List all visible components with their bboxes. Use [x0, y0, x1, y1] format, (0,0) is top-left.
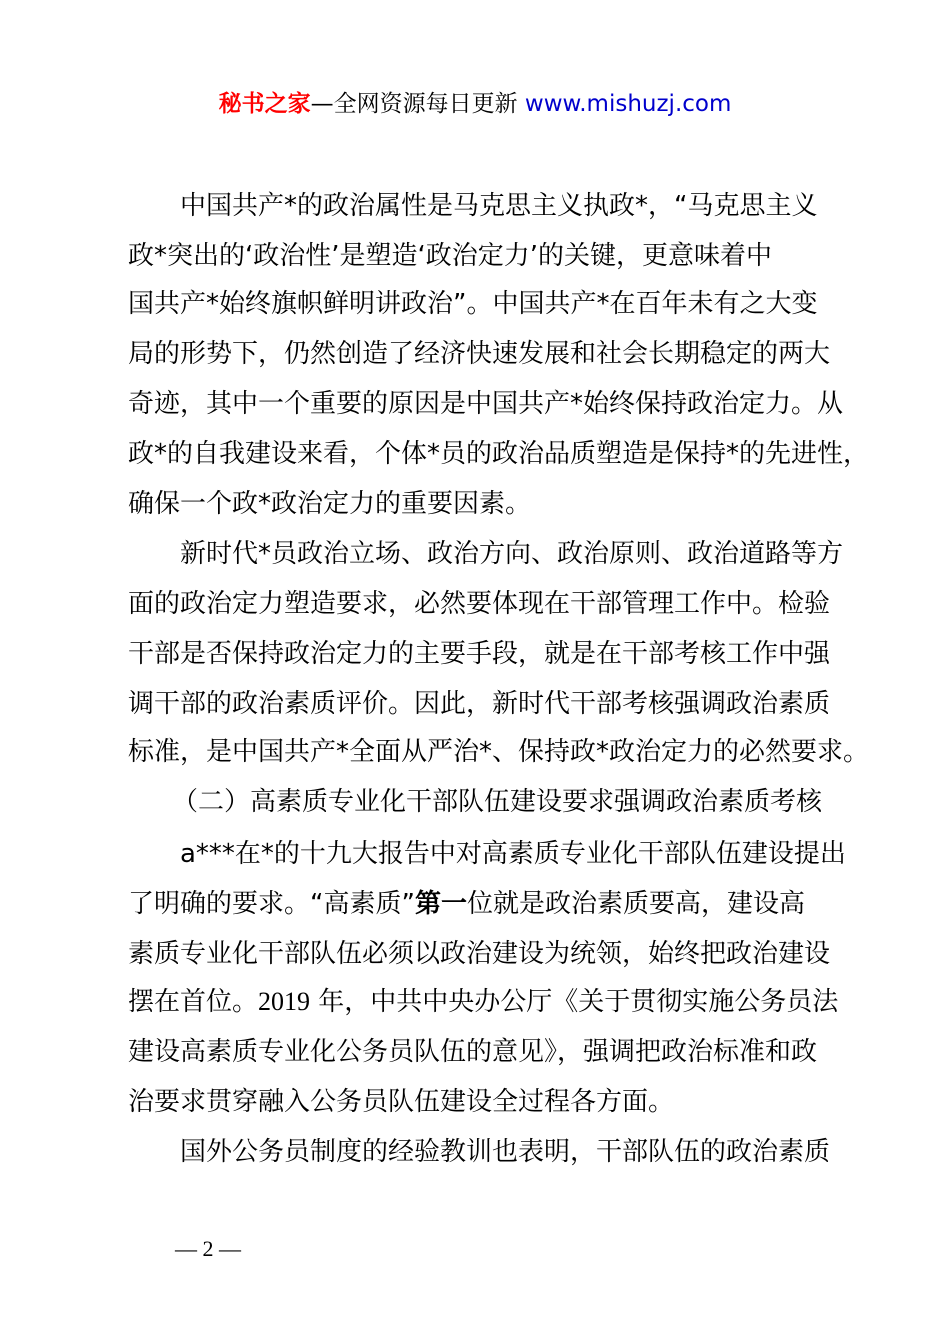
paragraph-line: a***在*的十九大报告中对高素质专业化干部队伍建设提出 [180, 836, 900, 872]
paragraph-line: 确保一个政*政治定力的重要因素。 [128, 486, 848, 522]
paragraph-line: 调干部的政治素质评价。因此，新时代干部考核强调政治素质 [128, 686, 848, 722]
year-number: 2019 [258, 987, 310, 1016]
paragraph-line: 政*的自我建设来看，个体*员的政治品质塑造是保持*的先进性， [128, 436, 848, 472]
paragraph-line: 摆在首位。2019 年，中共中央办公厅《关于贯彻实施公务员法 [128, 984, 848, 1020]
brand-name: 秘书之家 [219, 91, 311, 117]
paragraph-line: 干部是否保持政治定力的主要手段，就是在干部考核工作中强 [128, 636, 848, 672]
paragraph-line: 政*突出的‘政治性’是塑造‘政治定力’的关键，更意味着中 [128, 238, 848, 274]
paragraph-line: 中国共产*的政治属性是马克思主义执政*，“马克思主义 [180, 188, 900, 224]
paragraph-line: 新时代*员政治立场、政治方向、政治原则、政治道路等方 [180, 536, 900, 572]
paragraph-line: 素质专业化干部队伍必须以政治建设为统领，始终把政治建设 [128, 936, 848, 972]
paragraph-line: 面的政治定力塑造要求，必然要体现在干部管理工作中。检验 [128, 586, 848, 622]
header-tagline: —全网资源每日更新 [311, 91, 525, 117]
paragraph-line: 治要求贯穿融入公务员队伍建设全过程各方面。 [128, 1084, 848, 1120]
section-heading: （二）高素质专业化干部队伍建设要求强调政治素质考核 [172, 784, 892, 820]
site-url-link[interactable]: www.mishuzj.com [525, 91, 731, 117]
paragraph-line: 建设高素质专业化公务员队伍的意见》，强调把政治标准和政 [128, 1034, 848, 1070]
paragraph-line: 局的形势下，仍然创造了经济快速发展和社会长期稳定的两大 [128, 336, 848, 372]
page-number: — 2 — [175, 1236, 241, 1262]
paragraph-line: 标准，是中国共产*全面从严治*、保持政*政治定力的必然要求。 [128, 734, 848, 770]
text-span: 年，中共中央办公厅《关于贯彻实施公务员法 [310, 987, 838, 1017]
paragraph-line: 奇迹，其中一个重要的原因是中国共产*始终保持政治定力。从 [128, 386, 848, 422]
text-span: 摆在首位。 [128, 987, 258, 1017]
paragraph-line: 国共产*始终旗帜鲜明讲政治”。中国共产*在百年未有之大变 [128, 286, 848, 322]
paragraph-line: 了明确的要求。“高素质”第一位就是政治素质要高，建设高 [128, 886, 848, 922]
site-header-banner: 秘书之家—全网资源每日更新 www.mishuzj.com [0, 88, 950, 120]
paragraph-line: 国外公务员制度的经验教训也表明，干部队伍的政治素质 [180, 1134, 900, 1170]
text-span: 位就是政治素质要高，建设高 [467, 889, 805, 919]
text-span: 了明确的要求。“高素质” [128, 889, 415, 919]
bold-emphasis: 第一 [415, 889, 467, 919]
